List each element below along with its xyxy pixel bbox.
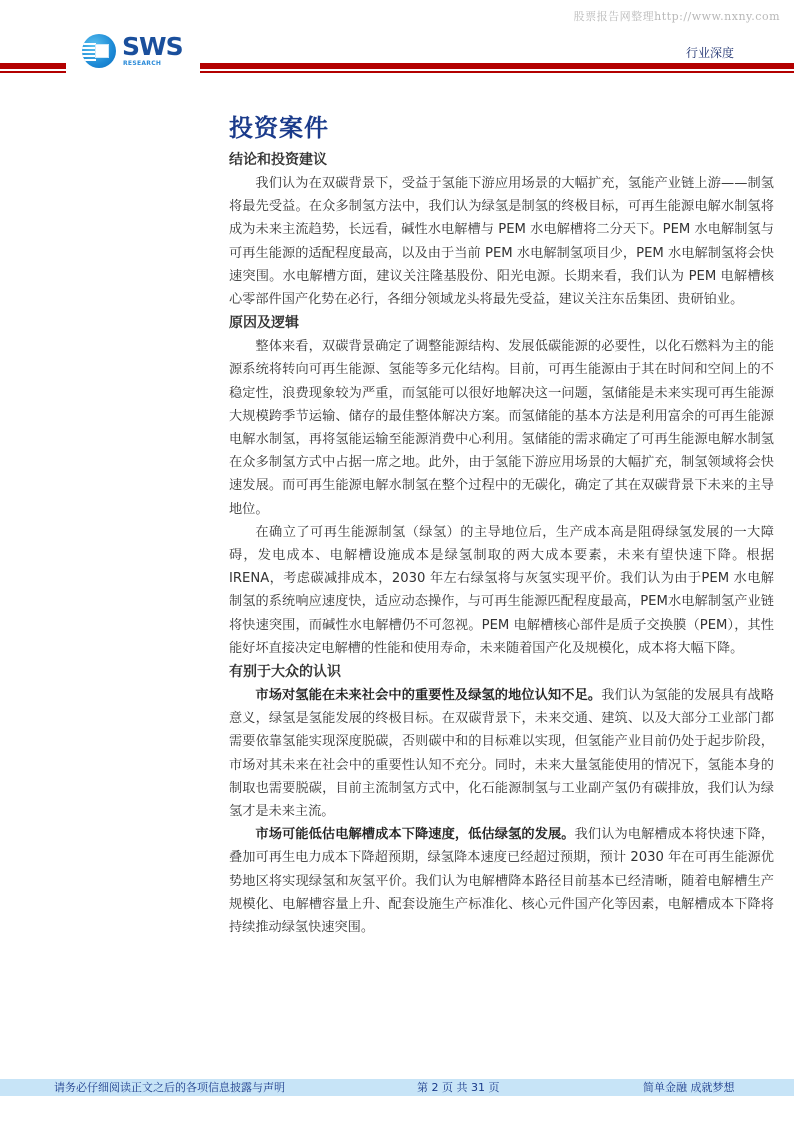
logo-globe-icon [82, 34, 116, 68]
logo-name: SWS [122, 34, 183, 60]
page-number: 第 2 页 共 31 页 [417, 1079, 499, 1096]
header-rule-left [0, 63, 66, 69]
report-body: 结论和投资建议 我们认为在双碳背景下，受益于氢能下游应用场景的大幅扩充，氢能产业… [229, 148, 774, 939]
header-rule-right-thin [200, 71, 794, 73]
sws-research-logo: SWS RESEARCH [82, 32, 202, 74]
watermark: 股票报告网整理http://www.nxny.com [574, 8, 780, 24]
paragraph: 整体来看，双碳背景确定了调整能源结构、发展低碳能源的必要性，以化石燃料为主的能源… [229, 335, 774, 521]
header-rule-right [200, 63, 794, 69]
section-heading-reasons: 原因及逻辑 [229, 311, 774, 335]
footer-slogan: 简单金融 成就梦想 [643, 1079, 735, 1096]
header-rule-left-thin [0, 71, 66, 73]
paragraph: 我们认为在双碳背景下，受益于氢能下游应用场景的大幅扩充，氢能产业链上游——制氢将… [229, 172, 774, 311]
paragraph: 市场可能低估电解槽成本下降速度，低估绿氢的发展。我们认为电解槽成本将快速下降，叠… [229, 823, 774, 939]
section-heading-conclusion: 结论和投资建议 [229, 148, 774, 172]
logo-subtitle: RESEARCH [123, 60, 161, 67]
section-heading-differentiated-view: 有别于大众的认识 [229, 660, 774, 684]
footer-disclaimer: 请务必仔细阅读正文之后的各项信息披露与声明 [54, 1079, 285, 1096]
paragraph: 市场对氢能在未来社会中的重要性及绿氢的地位认知不足。我们认为氢能的发展具有战略意… [229, 684, 774, 823]
report-category: 行业深度 [686, 44, 734, 61]
page-title: 投资案件 [229, 108, 329, 143]
page-footer: 请务必仔细阅读正文之后的各项信息披露与声明 第 2 页 共 31 页 简单金融 … [0, 1079, 794, 1096]
paragraph: 在确立了可再生能源制氢（绿氢）的主导地位后，生产成本高是阻碍绿氢发展的一大障碍，… [229, 521, 774, 660]
